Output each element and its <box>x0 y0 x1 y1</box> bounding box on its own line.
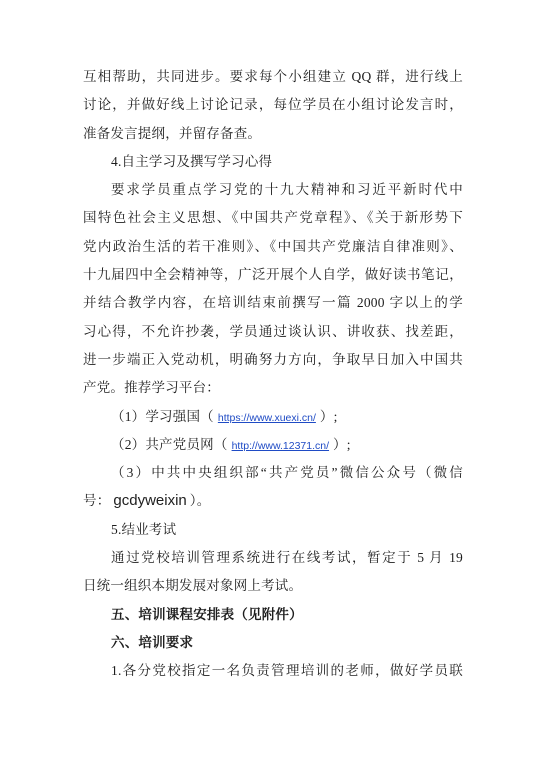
platform-item-wechat: （3）中共中央组织部“共产党员”微信公众号（微信 <box>83 459 463 487</box>
list-item-4-heading: 4.自主学习及撰写学习心得 <box>83 148 463 176</box>
wechat-id-line: 号：gcdyweixin）。 <box>83 487 463 515</box>
text-line: 进一步端正入党动机，明确努力方向，争取早日加入中国共 <box>83 346 463 374</box>
wechat-id: gcdyweixin <box>113 492 186 509</box>
dangyuan-link[interactable]: http://www.12371.cn/ <box>232 440 329 452</box>
xuexi-link[interactable]: https://www.xuexi.cn/ <box>218 412 316 424</box>
text-segment: （1）学习强国（ <box>111 409 214 424</box>
section-heading-5: 五、培训课程安排表（见附件） <box>83 601 463 629</box>
text-line: 互相帮助，共同进步。要求每个小组建立 QQ 群，进行线上 <box>83 63 463 91</box>
text-line: 日统一组织本期发展对象网上考试。 <box>83 572 463 600</box>
text-line: 通过党校培训管理系统进行在线考试，暂定于 5 月 19 <box>83 544 463 572</box>
text-line: 1.各分党校指定一名负责管理培训的老师，做好学员联 <box>83 657 463 685</box>
list-item-5-heading: 5.结业考试 <box>83 516 463 544</box>
section-heading-6: 六、培训要求 <box>83 629 463 657</box>
text-line: 准备发言提纲，并留存备查。 <box>83 120 463 148</box>
platform-item-12371: （2）共产党员网（http://www.12371.cn/）; <box>83 431 463 459</box>
text-segment: （2）共产党员网（ <box>111 437 228 452</box>
text-line: 国特色社会主义思想、《中国共产党章程》、《关于新形势下 <box>83 204 463 232</box>
text-line: 十九届四中全会精神等，广泛开展个人自学，做好读书笔记， <box>83 261 463 289</box>
text-line: 讨论，并做好线上讨论记录，每位学员在小组讨论发言时， <box>83 91 463 119</box>
text-segment: ）; <box>320 409 338 424</box>
text-line: 要求学员重点学习党的十九大精神和习近平新时代中 <box>83 176 463 204</box>
text-segment: ）。 <box>190 493 211 508</box>
text-segment: 号： <box>83 493 110 508</box>
text-line: 党内政治生活的若干准则》、《中国共产党廉洁自律准则》、 <box>83 233 463 261</box>
platform-item-xuexi: （1）学习强国（https://www.xuexi.cn/）; <box>83 403 463 431</box>
document-page: 互相帮助，共同进步。要求每个小组建立 QQ 群，进行线上 讨论，并做好线上讨论记… <box>0 0 542 758</box>
text-segment: ）; <box>333 437 351 452</box>
text-line: 产党。推荐学习平台： <box>83 374 463 402</box>
document-body: 互相帮助，共同进步。要求每个小组建立 QQ 群，进行线上 讨论，并做好线上讨论记… <box>83 63 463 686</box>
text-line: 并结合教学内容，在培训结束前撰写一篇 2000 字以上的学 <box>83 289 463 317</box>
text-line: 习心得，不允许抄袭，学员通过谈认识、讲收获、找差距， <box>83 318 463 346</box>
